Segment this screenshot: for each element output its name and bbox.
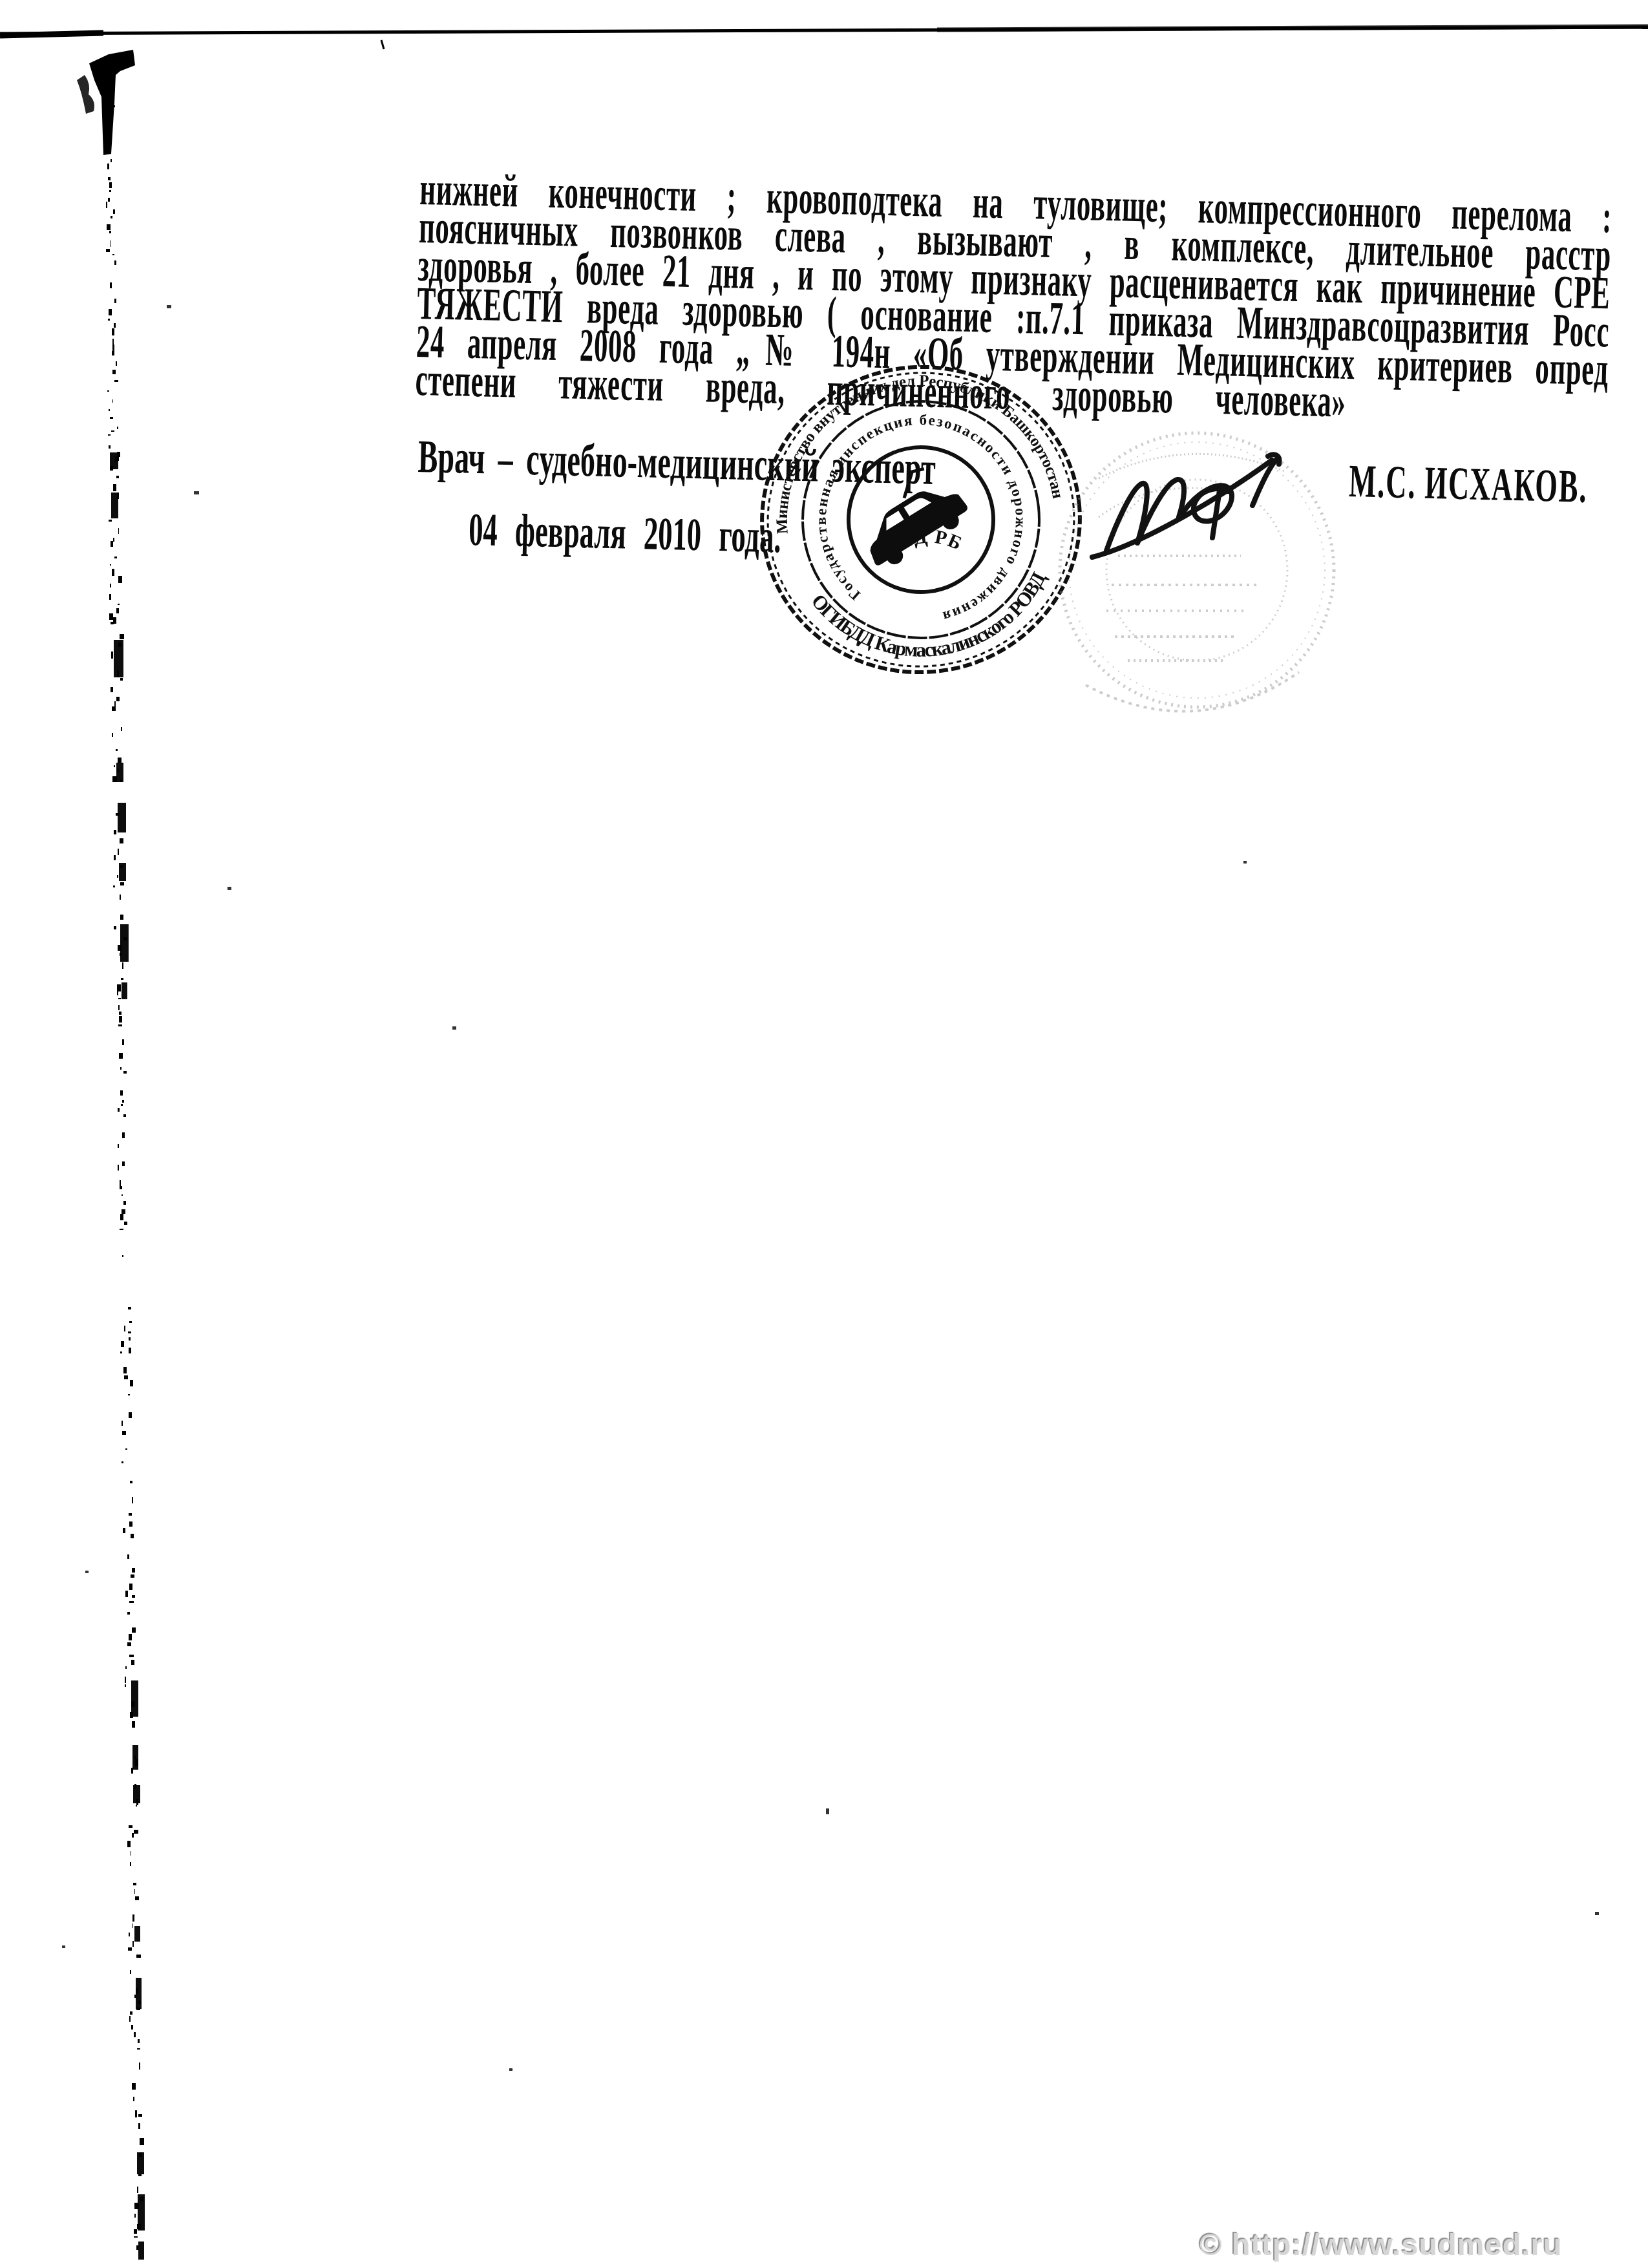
sudmed-watermark: © http://www.sudmed.ru [1199,2227,1562,2262]
signer-name: М.С. ИСХАКОВ. [1349,458,1589,510]
typed-text-block: нижней конечности ; кровоподтека на туло… [410,180,1612,660]
scanned-document-page: нижней конечности ; кровоподтека на туло… [0,0,1648,2268]
document-date: 04 февраля 2010 года. [468,506,781,560]
signer-role-label: Врач – судебно-медицинский эксперт [417,433,936,492]
